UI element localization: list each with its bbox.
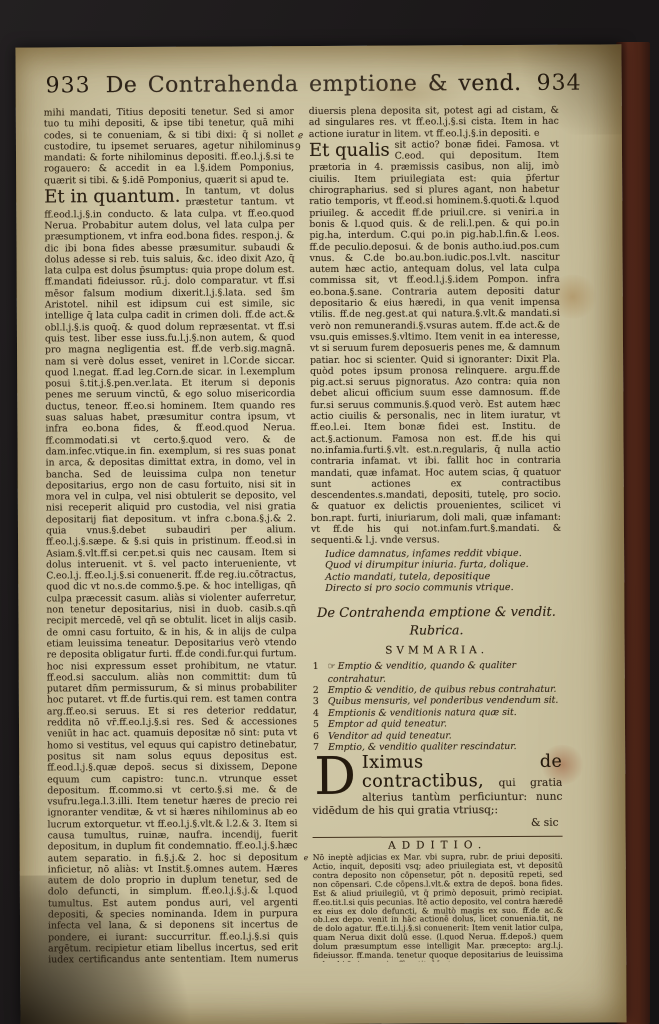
rubric-subtitle: Rubrica. — [311, 622, 561, 638]
item-number: 2 — [313, 685, 319, 696]
item-text: Emptionis & venditionis natura quæ sit. — [328, 707, 517, 719]
scanned-book-photo: 933 De Contrahenda emptione & vend. 934 … — [0, 0, 659, 1024]
paragraph-text: sit actio? bonæ fidei. Famosa. vt C.eod.… — [309, 139, 561, 547]
item-text: Emptio & venditio, quando & qualiter con… — [328, 660, 516, 684]
paragraph-text: mihi mandati, Titius depositi tenetur. S… — [44, 106, 294, 186]
item-text: Venditor ad quid teneatur. — [328, 730, 452, 742]
gutter-note-letter: e — [298, 131, 303, 142]
paragraph-text: In tantum, vt dolus præstetur tantum. vt… — [44, 185, 298, 963]
item-number: 6 — [313, 731, 319, 742]
item-text: Emptio & venditio, de quibus rebus contr… — [328, 684, 557, 696]
book-page: 933 De Contrahenda emptione & vend. 934 … — [15, 44, 626, 1024]
page-corner-shadow — [20, 875, 191, 1024]
chapter-opening-paragraph: DIximus de contractibus, qui gratia alte… — [312, 752, 562, 818]
item-text: Emptor ad quid teneatur. — [328, 719, 447, 731]
cutin-heading: Et qualis — [309, 139, 395, 160]
paragraph: Et qualissit actio? bonæ fidei. Famosa. … — [309, 139, 561, 547]
note-reference-letter: e — [304, 854, 308, 863]
paragraph-text: diuersis plena deposita sit, potest agi … — [309, 105, 559, 140]
additio-heading: ADDITIO. — [313, 840, 563, 853]
paragraph: Et in quantum.In tantum, vt dolus præste… — [44, 185, 298, 963]
catchline: & sic — [312, 817, 562, 830]
item-number: 4 — [313, 708, 319, 719]
paragraph: mihi mandati, Titius depositi tenetur. S… — [44, 106, 294, 186]
additio-note: eNō ineptè adjicias ex Mar. vbi supra, r… — [313, 853, 564, 964]
left-column: 8 mihi mandati, Titius depositi tenetur.… — [44, 106, 298, 963]
summaria-item: 7Emptio, & venditio qualiter rescindatur… — [312, 741, 562, 754]
text-columns: 8 mihi mandati, Titius depositi tenetur.… — [44, 104, 626, 963]
page-title: De Contrahenda emptione & vend. — [91, 71, 537, 98]
drop-cap: D — [312, 753, 362, 796]
summaria-list: 1☞Emptio & venditio, quando & qualiter c… — [312, 660, 562, 754]
item-number: 1 — [313, 661, 319, 672]
verse-block: Iudice damnatus, infames reddit vbique. … — [325, 547, 561, 595]
rubric-title: De Contrahenda emptione & vendit. — [311, 605, 561, 621]
page-number-left: 933 — [46, 73, 91, 98]
item-number: 3 — [313, 696, 319, 707]
cutin-heading: Et in quantum. — [44, 186, 185, 208]
item-text: Emptio, & venditio qualiter rescindatur. — [328, 741, 517, 753]
item-number: 5 — [313, 719, 319, 730]
item-number: 7 — [313, 742, 319, 753]
section-rule — [313, 836, 563, 838]
verse-line: Quod vi dirumpitur iniuria. furta, doliq… — [325, 559, 561, 572]
right-column: e 9 diuersis plena deposita sit, potest … — [309, 105, 563, 962]
item-text: Quibus mensuris, vel ponderibus vendendu… — [328, 695, 559, 707]
paragraph: diuersis plena deposita sit, potest agi … — [309, 105, 559, 140]
margin-mark-9: 9 — [295, 143, 301, 154]
verse-line: Directo si pro socio communis vtrique. — [325, 582, 561, 595]
summaria-item: 1☞Emptio & venditio, quando & qualiter c… — [312, 660, 562, 685]
additio-text: Nō ineptè adjicias ex Mar. vbi supra, ru… — [313, 852, 564, 964]
summaria-heading: SVMMARIA. — [312, 645, 562, 658]
manicule-icon: ☞ — [328, 662, 338, 672]
